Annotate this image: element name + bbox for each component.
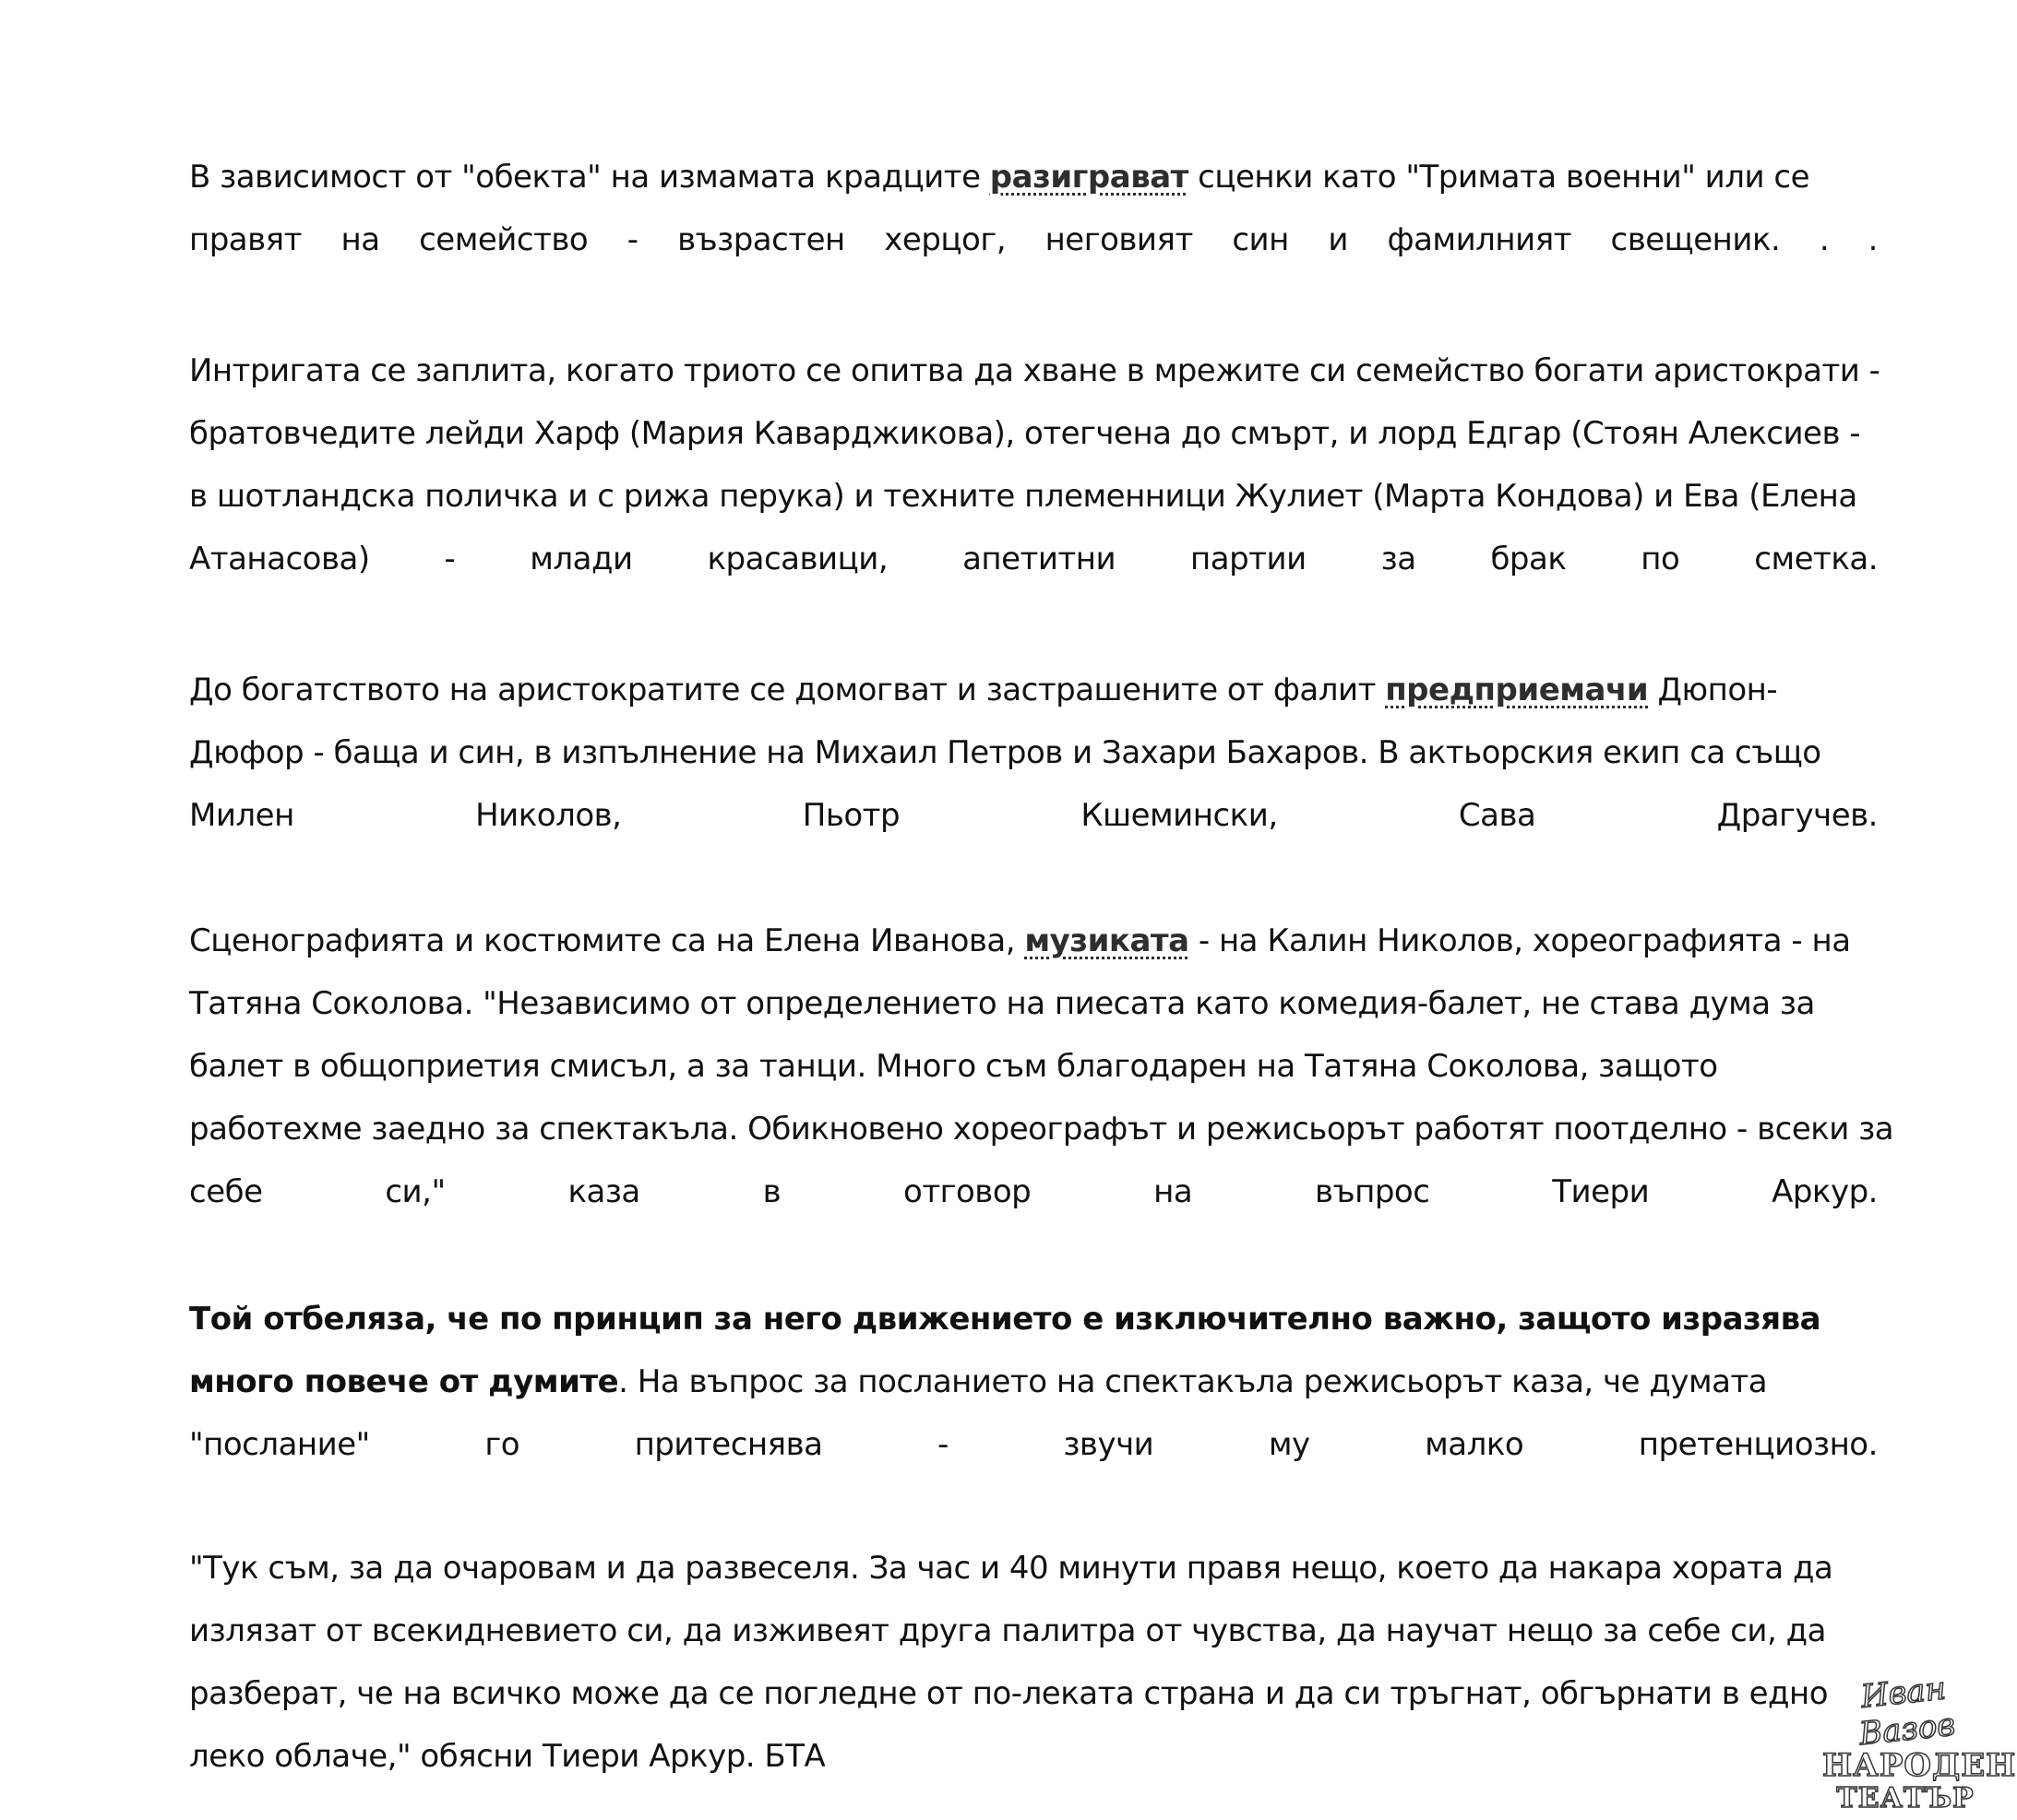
word: правят [189,221,302,258]
word: притеснява [635,1426,823,1463]
paragraph-6-line-1: "Тук съм, за да очаровам и да развеселя.… [189,1550,1878,1587]
word: малко [1425,1426,1523,1463]
word: възрастен [677,221,845,258]
word: Николов, [475,797,621,834]
word: и [1328,221,1348,258]
word: брак [1490,541,1566,577]
word: Сава [1459,797,1535,834]
paragraph-4-line-4: работехме заедно за спектакъла. Обикнове… [189,1111,1878,1148]
word: - [627,221,639,258]
word: апетитни [962,541,1116,577]
word: херцог, [884,221,1006,258]
word: Аркур. [1772,1173,1878,1210]
word: неговият [1045,221,1193,258]
word: . [1820,221,1829,258]
paragraph-5-line-3: "послание"гопритеснява-звучимумалкопрете… [189,1426,1878,1463]
word: Атанасова) [189,541,370,577]
word: на [1153,1173,1192,1210]
paragraph-2-line-3: в шотландска поличка и с рижа перука) и … [189,478,1878,515]
highlighted-link[interactable]: разиграват [990,159,1188,196]
word: свещеник. [1611,221,1781,258]
word: по [1641,541,1679,577]
word: себе [189,1173,263,1210]
bold-text: много повече от думите [189,1363,618,1400]
word: го [484,1426,519,1463]
bold-text: Той отбеляза, че по принцип за него движ… [189,1301,1820,1338]
paragraph-6-line-2: излязат от всекидневието си, да изживеят… [189,1612,1878,1649]
word: Кшемински, [1080,797,1277,834]
word: . [1868,221,1878,258]
word: - [445,541,456,577]
paragraph-1-line-2: правятнасемейство-възрастенхерцог,негови… [189,221,1878,258]
scanned-document-page: В зависимост от "обекта" на измамата кра… [0,0,2017,1820]
word: красавици, [707,541,888,577]
paragraph-4-line-1: Сценографията и костюмите са на Елена Ив… [189,922,1878,959]
paragraph-5-line-2: много повече от думите. На въпрос за пос… [189,1363,1878,1400]
word: въпрос [1315,1173,1429,1210]
word: син [1232,221,1289,258]
paragraph-4-line-5: себеси,"казавотговорнавъпросТиериАркур. [189,1173,1878,1210]
word: каза [567,1173,639,1210]
word: семейство [419,221,588,258]
paragraph-4-line-2: Татяна Соколова. "Независимо от определе… [189,985,1878,1022]
word: Тиери [1552,1173,1649,1210]
paragraph-3-line-1: До богатството на аристократите се домог… [189,672,1878,708]
word: му [1269,1426,1310,1463]
word: фамилният [1388,221,1571,258]
paragraph-6-line-3: разберат, че на всичко може да се поглед… [189,1675,1878,1712]
word: отговор [903,1173,1031,1210]
paragraph-3-line-2: Дюфор - баща и син, в изпълнение на Миха… [189,734,1878,771]
national-theatre-logo: Иван Вазов НАРОДЕН ТЕАТЪР [1822,1674,1988,1790]
word: "послание" [189,1426,370,1463]
word: сметка. [1754,541,1878,577]
paragraph-5-line-1: Той отбеляза, че по принцип за него движ… [189,1301,1878,1338]
word: млади [530,541,632,577]
word: Драгучев. [1717,797,1878,834]
word: за [1381,541,1416,577]
word: на [340,221,379,258]
paragraph-2-line-2: братовчедите лейди Харф (Мария Каварджик… [189,415,1878,452]
highlighted-link[interactable]: музиката [1024,922,1188,959]
word: - [937,1426,949,1463]
word: си," [385,1173,445,1210]
word: звучи [1063,1426,1153,1463]
paragraph-2-line-1: Интригата се заплита, когато триото се о… [189,352,1878,389]
paragraph-6-line-4: леко облаче," обясни Тиери Аркур. БТА [189,1738,1878,1775]
word: Милен [189,797,294,834]
word: в [763,1173,782,1210]
paragraph-2-line-4: Атанасова)-младикрасавици,апетитнипартии… [189,541,1878,577]
word: претенциозно. [1639,1426,1878,1463]
logo-line-2: ТЕАТЪР [1822,1783,1988,1814]
paragraph-3-line-3: МиленНиколов,ПьотрКшемински,СаваДрагучев… [189,797,1878,834]
highlighted-link[interactable]: предприемачи [1385,672,1648,708]
word: Пьотр [803,797,900,834]
logo-signature: Иван Вазов [1819,1666,1991,1756]
word: партии [1190,541,1307,577]
paragraph-1-line-1: В зависимост от "обекта" на измамата кра… [189,159,1878,196]
paragraph-4-line-3: балет в общоприетия смисъл, а за танци. … [189,1048,1878,1085]
